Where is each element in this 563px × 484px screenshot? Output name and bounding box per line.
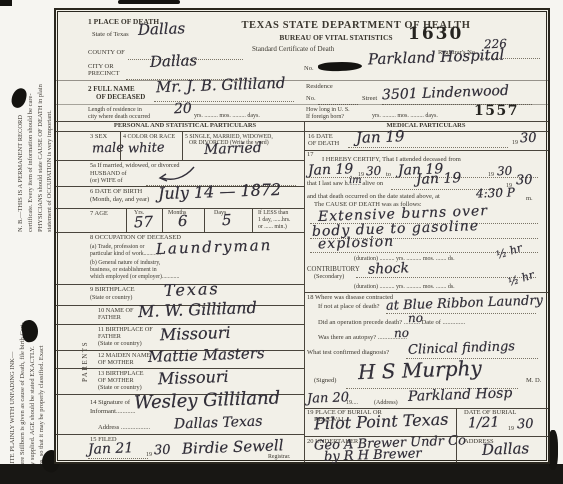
length-label: Length of residence in — [88, 107, 142, 113]
margin-note-line: fully supplied. AGE should be stated EXA… — [28, 254, 38, 474]
test-label: What test confirmed diagnosis? — [307, 350, 389, 357]
age-less-label: If LESS than — [258, 210, 288, 216]
informant-label: Informant............ — [90, 409, 136, 416]
undertaker-address-value: Dallas — [482, 441, 530, 458]
length-value: 20 — [174, 102, 192, 117]
residence-no-label: No. — [306, 96, 316, 103]
age-less-label: 1 day, ......hrs. — [258, 217, 290, 223]
cell-divider — [456, 436, 457, 462]
age-label: 7 AGE — [90, 211, 108, 218]
length-label: city where death occurred — [88, 114, 150, 120]
parents-group-label: PARENTS — [80, 310, 91, 382]
county-label: COUNTY OF — [88, 50, 125, 57]
certify-line3: and that death occurred on the date stat… — [307, 194, 440, 201]
us-units: yrs. ......... mos. ......... days. — [372, 113, 438, 119]
dod-year-value: 30 — [520, 132, 537, 146]
certify-last-seen-value: Jan 19 — [416, 171, 462, 187]
age-months-value: 6 — [178, 214, 188, 230]
burial-place-value: Pilot Point Texas — [314, 412, 449, 433]
band-left-title: PERSONAL AND STATISTICAL PARTICULARS — [66, 123, 304, 130]
contributory-label: (Secondary) — [314, 274, 344, 281]
registrar-label: Registrar. — [268, 454, 290, 460]
occupation-b-label: business, or establishment in — [90, 267, 157, 273]
cell-divider — [204, 208, 205, 232]
rule — [56, 434, 304, 435]
facility-value: Parkland Hospital — [368, 48, 505, 68]
occupation-a-label: particular kind of work............ — [90, 251, 161, 257]
scan-edge-mark — [118, 0, 180, 4]
residence-label: Residence — [306, 84, 333, 91]
length-units: yrs. ......... mos. ......... days. — [194, 113, 260, 119]
city-value: Dallas — [150, 53, 198, 70]
margin-note-line: WRITE PLAINLY WITH UNFADING INK— — [8, 254, 18, 474]
certify-m-label: m. — [526, 196, 533, 203]
occupation-b-label: (b) General nature of industry, — [90, 260, 160, 266]
city-label: PRECINCT — [88, 71, 119, 78]
certify-last-year-value: 30 — [516, 174, 533, 188]
scribbled-out-number — [318, 61, 362, 72]
father-name-label: FATHER — [98, 315, 121, 322]
margin-note-line: certificate. Every item of information s… — [26, 32, 36, 232]
certificate-title: Standard Certificate of Death — [252, 46, 334, 53]
cause-line3: explosion — [318, 235, 395, 252]
rule — [56, 160, 304, 161]
birthplace-label: (State or country) — [90, 295, 132, 301]
informant-label: 14 Signature of — [90, 400, 130, 407]
filed-date-value: Jan 21 — [88, 441, 134, 457]
father-name-value: M. W. Gilliland — [138, 300, 257, 321]
signed-year-prefix: 19.... — [346, 400, 358, 406]
bureau-title: BUREAU OF VITAL STATISTICS — [236, 34, 436, 42]
dod-value: Jan 19 — [356, 129, 405, 146]
state-value: Dallas — [138, 21, 186, 38]
birthplace-value: Texas — [164, 281, 220, 300]
mother-bp-label: (State or country) — [98, 385, 142, 392]
stamp-1557: 1557 — [474, 104, 519, 119]
birthplace-label: 9 BIRTHPLACE — [90, 287, 135, 294]
contributory-duration-label: (duration) .......... yrs. .......... mo… — [354, 284, 455, 290]
dotted-line — [88, 457, 148, 459]
mother-bp-value: Missouri — [158, 369, 229, 388]
md-label: M. D. — [526, 378, 541, 385]
certify-time-value: 4:30 P — [476, 186, 515, 200]
contributory-duration-value: ½ hr — [507, 269, 536, 288]
burial-date-value: 1/21 — [468, 415, 500, 431]
state-label: State of Texas — [92, 32, 129, 39]
autopsy-value: no — [394, 327, 409, 340]
occupation-a-label: (a) Trade, profession or — [90, 244, 144, 250]
burial-year-value: 30 — [517, 418, 534, 432]
cause-duration-value: ½ hr — [495, 242, 524, 261]
signed-address-label: (Address) — [374, 400, 398, 406]
margin-note-line: PHYSICIANS should state CAUSE OF DEATH i… — [36, 32, 46, 232]
margin-note-line: terms, so that it may be properly classi… — [37, 254, 47, 474]
scan-edge-mark — [0, 0, 12, 6]
mother-name-value: Mattie Masters — [148, 346, 265, 366]
dotted-line — [348, 146, 508, 148]
occupation-b-label: which employed (or employer)............ — [90, 274, 179, 280]
mother-name-label: OF MOTHER — [98, 360, 134, 367]
father-bp-label: (State or country) — [98, 341, 142, 348]
certificate-frame: 1 PLACE OF DEATH TEXAS STATE DEPARTMENT … — [54, 8, 550, 464]
full-name-label: OF DECEASED — [96, 94, 145, 101]
marital-value: Married — [204, 141, 262, 158]
dob-label: (Month, day, and year) — [90, 197, 149, 204]
cell-divider — [456, 408, 457, 436]
burial-year-prefix: 19 — [508, 426, 514, 432]
age-days-value: 5 — [222, 213, 232, 229]
dob-label: 6 DATE OF BIRTH — [90, 189, 142, 196]
cell-divider — [162, 208, 163, 232]
physician-signature-value: H S Murphy — [358, 358, 482, 383]
informant-address-label: Address .................. — [98, 425, 150, 432]
margin-note-line: Where Stillborn is given as cause of Dea… — [18, 254, 28, 474]
certify-line2: that I last saw h........ alive on — [307, 181, 383, 188]
father-bp-value: Missouri — [160, 325, 231, 344]
rule — [304, 150, 548, 151]
dob-value: July 14 — 1872 — [158, 182, 282, 203]
street-label: Street — [362, 96, 377, 103]
facility-no-label: No. — [304, 66, 314, 73]
operation-label: Did an operation precede death? ........… — [318, 320, 465, 327]
margin-note-upper: N. B.—THIS IS A PERMANENT RECORD certifi… — [16, 32, 55, 232]
file-number-stamp: 1630 — [408, 26, 463, 44]
full-name-value: Mr. J. B. Gilliland — [156, 76, 286, 96]
rule — [56, 232, 304, 233]
contracted-label: 18 Where was disease contracted — [307, 295, 393, 302]
band-right-title: MEDICAL PARTICULARS — [306, 123, 546, 130]
spouse-label: (or) WIFE of — [90, 178, 123, 185]
color-race-value: white — [128, 141, 165, 156]
rule — [56, 131, 548, 132]
cell-divider — [252, 208, 253, 232]
rule — [56, 80, 548, 81]
rule — [304, 292, 548, 293]
test-value: Clinical findings — [408, 340, 515, 357]
filed-year-value: 30 — [154, 444, 171, 458]
cell-divider — [182, 131, 183, 160]
us-label: If foreign born? — [306, 114, 344, 120]
contracted-label: If not at place of death? — [318, 304, 380, 311]
dod-label: OF DEATH — [308, 141, 339, 148]
signed-date-value: Jan 20 — [307, 391, 349, 406]
signed-label: (Signed) — [314, 378, 336, 385]
informant-address-value: Dallas Texas — [174, 414, 263, 432]
signed-address-value: Parkland Hosp — [408, 386, 513, 404]
cell-divider — [120, 131, 121, 160]
operation-value: no — [408, 312, 423, 325]
sex-label: 3 SEX — [90, 134, 107, 141]
color-race-label: 4 COLOR OR RACE — [123, 134, 175, 140]
margin-note-lower: WRITE PLAINLY WITH UNFADING INK— Where S… — [8, 254, 47, 474]
scanned-death-certificate: { "margin_notes": { "upper": [ "N. B.—TH… — [0, 0, 563, 484]
scan-bottom-band — [0, 464, 563, 484]
occupation-value: Laundryman — [156, 238, 273, 258]
dod-year-prefix: 19 — [512, 140, 518, 146]
age-less-label: or ...... min.) — [258, 224, 287, 230]
rule — [56, 208, 304, 209]
contributory-value: shock — [368, 261, 409, 277]
us-label: How long in U. S. — [306, 107, 350, 113]
margin-note-line: N. B.—THIS IS A PERMANENT RECORD — [16, 32, 26, 232]
street-value: 3501 Lindenwood — [382, 84, 509, 103]
undertaker-by-value: by R H Brewer — [324, 447, 422, 464]
informant-value: Wesley Gilliland — [134, 389, 281, 413]
cell-divider — [126, 208, 127, 232]
certify-number: 17 — [307, 152, 314, 159]
age-yrs-value: 57 — [134, 215, 154, 231]
certify-him-value: im — [349, 176, 362, 187]
